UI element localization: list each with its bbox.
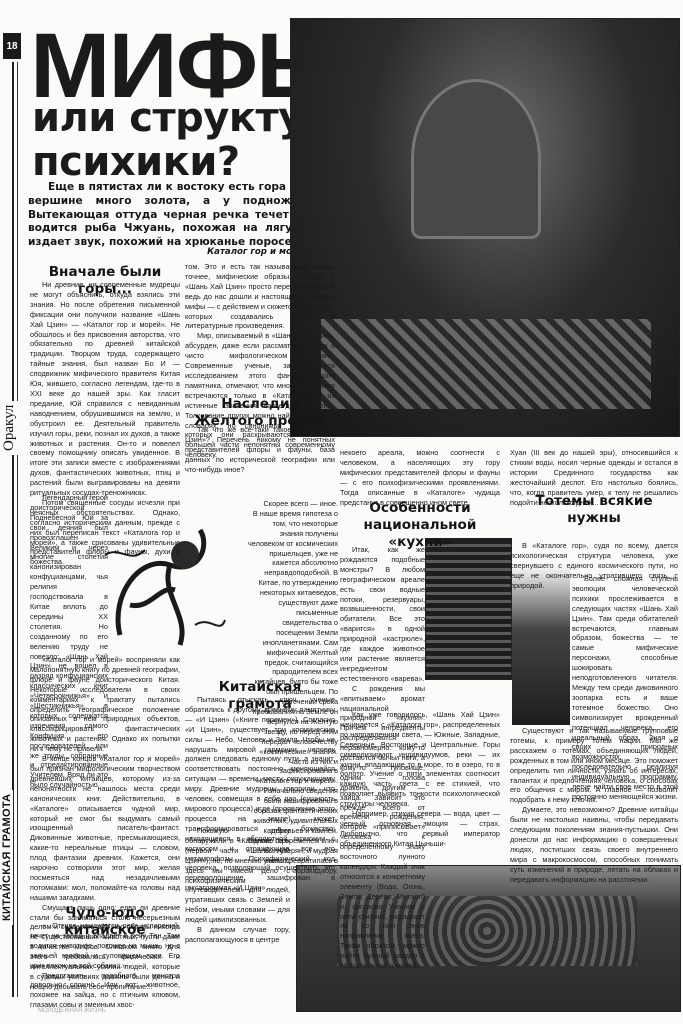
text-column: «...Оттуда начинается река испарений, те… bbox=[30, 921, 180, 1010]
mythical-figure-image bbox=[425, 538, 512, 680]
section-label: КИТАЙСКАЯ ГРАМОТА bbox=[1, 790, 13, 925]
paragraph: Ни древние, ни современные мудрецы не мо… bbox=[30, 280, 180, 498]
page-number: 18 bbox=[3, 33, 21, 59]
paragraph: «...Оттуда начинается река испарений, те… bbox=[30, 921, 180, 971]
paragraph: Думаете, это невозможно? Древние китайцы… bbox=[510, 805, 678, 884]
paragraph: Например, стихия севера — вода, цвет — ч… bbox=[340, 809, 500, 849]
paragraph: Итак, как же рождаются подобные монстры?… bbox=[340, 545, 425, 684]
paragraph: «Каталог гор и морей» восприняли как мал… bbox=[30, 655, 180, 754]
paragraph: В данном случае гору, располагающуюся в … bbox=[185, 925, 290, 945]
paragraph: Так что же все-таки такое «Шань Хай Цзин… bbox=[185, 425, 335, 475]
deities-painting-image bbox=[290, 18, 680, 437]
footer-watermark: МОЛОДЕЖНАЯ ЖИЗНЬ bbox=[38, 1008, 106, 1014]
paragraph: Представить подобного монстра довольно с… bbox=[30, 971, 180, 1011]
text-column: Похожую картину обнаружили в «Каталоге г… bbox=[185, 826, 290, 945]
text-column: Так что же все-таки такое «Шань Хай Цзин… bbox=[185, 425, 335, 475]
heading-kuhni: Особенности национальной «кухни» bbox=[340, 500, 500, 551]
paragraph: некоего ареала, можно соотнести с челове… bbox=[340, 448, 500, 507]
text-column: Как уже говорилось, «Шань Хай Цзин» начи… bbox=[340, 710, 500, 849]
rail-divider-thin bbox=[17, 62, 18, 997]
paragraph: том. Это и есть так называемые мифы, точ… bbox=[185, 262, 335, 331]
rubric-label: Оракул bbox=[1, 401, 18, 455]
text-column: некоего ареала, можно соотнести с челове… bbox=[340, 448, 500, 507]
heading-totemy: Тотемы всякие нужны bbox=[510, 493, 678, 527]
text-column: Существуют и так называемые групповые то… bbox=[510, 726, 678, 885]
paragraph: Похожую картину обнаружили в «Каталоге г… bbox=[185, 826, 290, 925]
paragraph: В конце концов «Каталог гор и морей» был… bbox=[30, 754, 180, 903]
newspaper-page: 18 Оракул КИТАЙСКАЯ ГРАМОТА МИФЫ или стр… bbox=[0, 0, 683, 1024]
paragraph: Существуют и так называемые групповые то… bbox=[510, 726, 678, 805]
paragraph: Как уже говорилось, «Шань Хай Цзин» начи… bbox=[340, 710, 500, 809]
